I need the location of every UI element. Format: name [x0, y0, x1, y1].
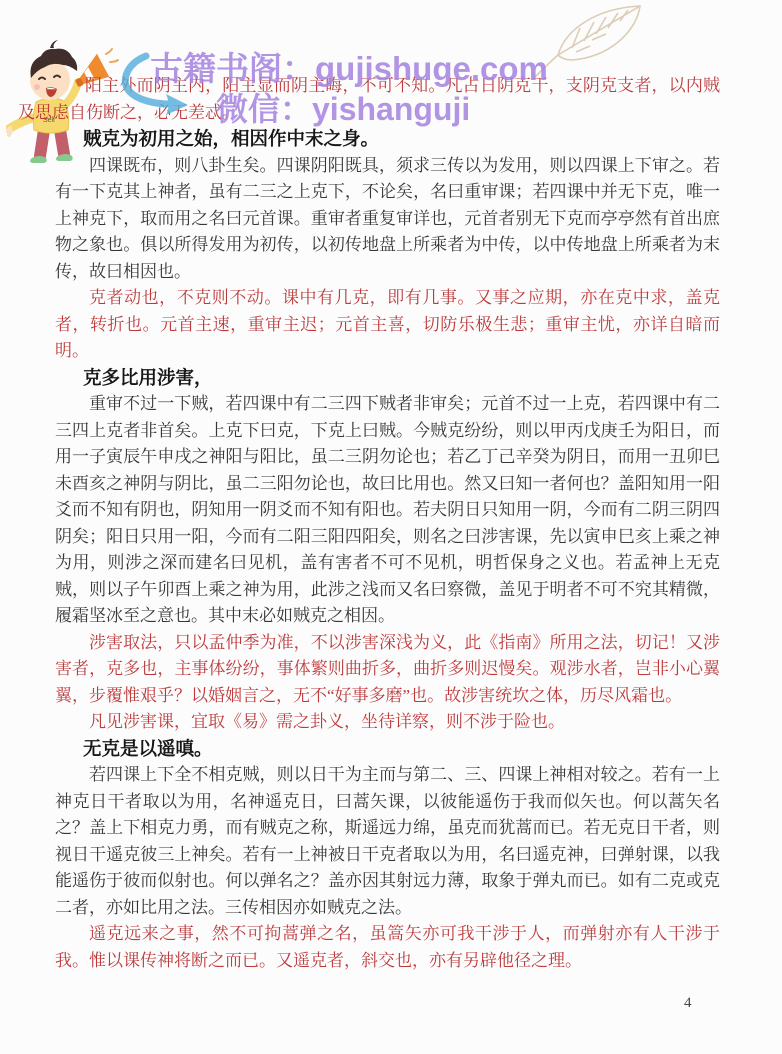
section-heading: 克多比用涉害，	[55, 365, 720, 392]
paragraph: 克者动也，不克则不动。课中有几克，即有几事。又事之应期，亦在克中求，盖克者，转折…	[55, 285, 720, 365]
page-container: { "page": { "background": "#fcfcfc", "pa…	[0, 0, 782, 1054]
paragraph: 重审不过一下贼，若四课中有二三四下贼者非审矣；元首不过一上克，若四课中有二三四上…	[55, 391, 720, 630]
section-heading: 贼克为初用之始，相因作中末之身。	[55, 126, 720, 153]
paragraph: 凡见涉害课，宜取《易》需之卦义，坐待详察，则不涉于险也。	[55, 709, 720, 736]
document-body: 阳主外而阴主内，阳主显而阴主晦，不可不知。凡占日阴克干，支阴克支者，以内贼及思虑…	[55, 73, 720, 974]
paragraph: 涉害取法，只以孟仲季为准，不以涉害深浅为义，此《指南》所用之法，切记！又涉害者，…	[55, 630, 720, 710]
paragraph: 若四课上下全不相克贼，则以日干为主而与第二、三、四课上神相对较之。若有一上神克日…	[55, 762, 720, 921]
watermark-wechat-text: 微信：yishanguji	[216, 91, 470, 127]
watermark-logo-text: 古籍书阁：gujishuge.com	[150, 51, 548, 87]
paragraph: 四课既布，则八卦生矣。四课阴阳既具，须求三传以为发用，则以四课上下审之。若有一下…	[55, 153, 720, 286]
section-heading: 无克是以遥嗔。	[55, 736, 720, 763]
page-number: 4	[684, 995, 692, 1012]
paragraph: 遥克远来之事，然不可拘蒿弹之名，虽篙矢亦可我干涉于人，而弹射亦有人干涉于我。惟以…	[55, 921, 720, 974]
